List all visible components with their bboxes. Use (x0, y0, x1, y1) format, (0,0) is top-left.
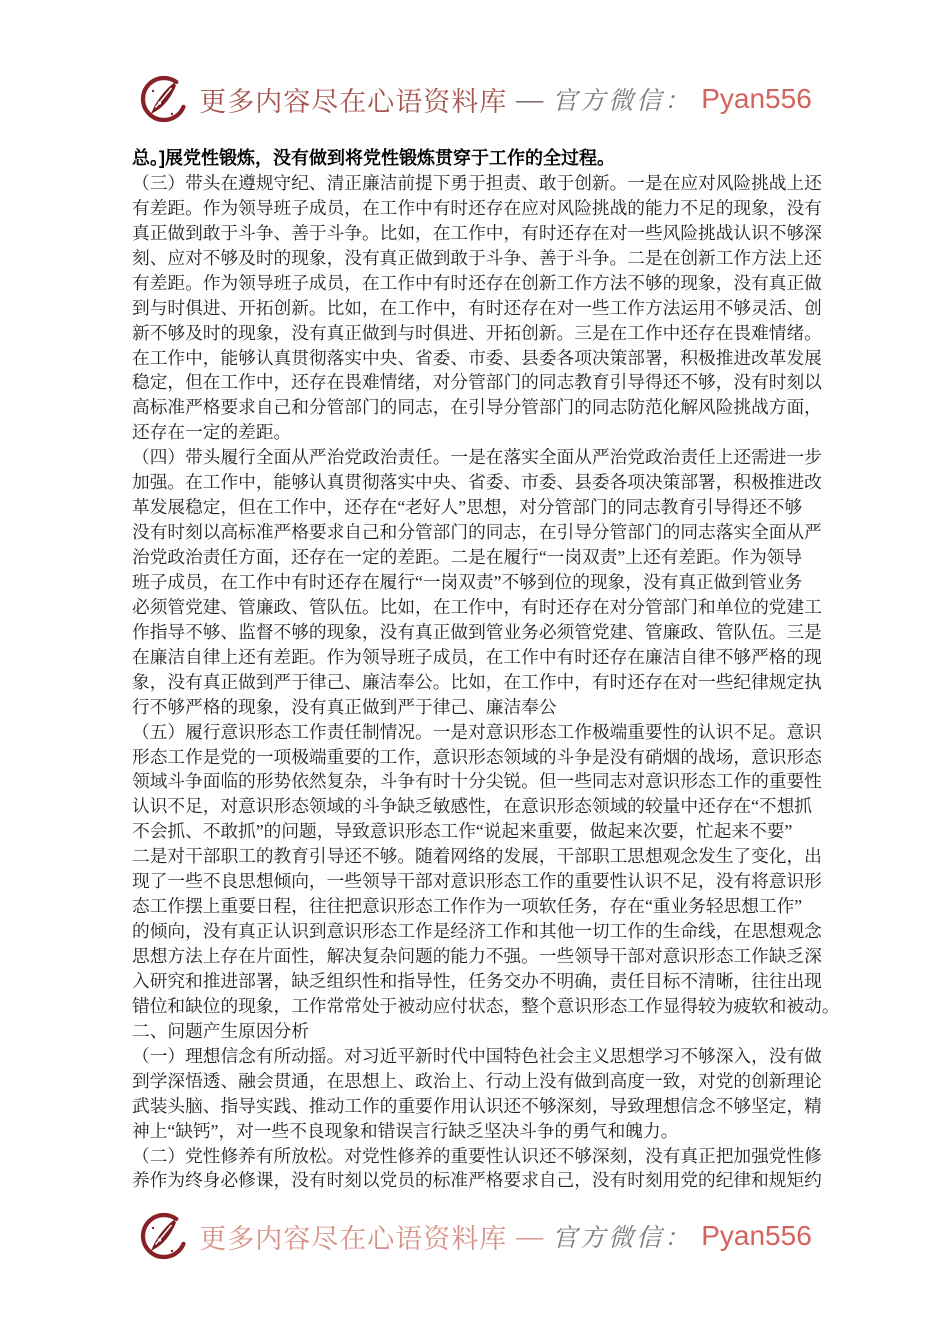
document-text-line: 武装头脑、指导实践、推动工作的重要作用认识还不够深刻，导致理想信念不够坚定，精 (132, 1094, 832, 1119)
document-text-line: 象，没有真正做到严于律己、廉洁奉公。比如，在工作中，有时还存在对一些纪律规定执 (132, 670, 832, 695)
document-text-line: 稳定，但在工作中，还存在畏难情绪，对分管部门的同志教育引导得还不够，没有时刻以 (132, 370, 832, 395)
document-text-line: 在廉洁自律上还有差距。作为领导班子成员，在工作中有时还存在廉洁自律不够严格的现 (132, 645, 832, 670)
document-text-line: 在工作中，能够认真贯彻落实中央、省委、市委、县委各项决策部署，积极推进改革发展 (132, 346, 832, 371)
document-text-line: 认识不足，对意识形态领域的斗争缺乏敏感性，在意识形态领域的较量中还存在“不想抓 (132, 794, 832, 819)
document-text-line: 二、问题产生原因分析 (132, 1019, 832, 1044)
watermark-wechat-label: 官方微信： (552, 81, 692, 117)
document-text-line: 养作为终身必修课，没有时刻以党员的标准严格要求自己，没有时刻用党的纪律和规矩约 (132, 1168, 832, 1193)
brand-pen-logo-icon (138, 73, 190, 125)
watermark-wechat-account: Pyan556 (701, 83, 812, 115)
document-text-line: （五）履行意识形态工作责任制情况。一是对意识形态工作极端重要性的认识不足。意识 (132, 720, 832, 745)
document-body: 总。]展党性锻炼，没有做到将党性锻炼贯穿于工作的全过程。（三）带头在遵规守纪、清… (132, 146, 832, 1193)
document-text-line: 错位和缺位的现象，工作常常处于被动应付状态，整个意识形态工作显得较为疲软和被动。 (132, 994, 832, 1019)
document-text-line: 到与时俱进、开拓创新。比如，在工作中，有时还存在对一些工作方法运用不够灵活、创 (132, 296, 832, 321)
document-text-line: 现了一些不良思想倾向，一些领导干部对意识形态工作的重要性认识不足，没有将意识形 (132, 869, 832, 894)
document-text-line: 有差距。作为领导班子成员，在工作中有时还存在创新工作方法不够的现象，没有真正做 (132, 271, 832, 296)
document-text-line: 领域斗争面临的形势依然复杂，斗争有时十分尖锐。但一些同志对意识形态工作的重要性 (132, 769, 832, 794)
watermark-wechat-label: 官方微信： (552, 1218, 692, 1254)
document-text-line: 作指导不够、监督不够的现象，没有真正做到管业务必须管党建、管廉政、管队伍。三是 (132, 620, 832, 645)
document-text-line: 治党政治责任方面，还存在一定的差距。二是在履行“一岗双责”上还有差距。作为领导 (132, 545, 832, 570)
document-text-line: 还存在一定的差距。 (132, 420, 832, 445)
document-page: 更多内容尽在心语资料库—官方微信：Pyan556 总。]展党性锻炼，没有做到将党… (0, 0, 950, 1344)
document-text-line: 真正做到敢于斗争、善于斗争。比如，在工作中，有时还存在对一些风险挑战认识不够深 (132, 221, 832, 246)
document-text-line: 不会抓、不敢抓”的问题，导致意识形态工作“说起来重要，做起来次要，忙起来不要” (132, 819, 832, 844)
document-text-line: 加强。在工作中，能够认真贯彻落实中央、省委、市委、县委各项决策部署，积极推进改 (132, 470, 832, 495)
document-text-line: 神上“缺钙”，对一些不良现象和错误言行缺乏坚决斗争的勇气和魄力。 (132, 1119, 832, 1144)
document-text-line: （二）党性修养有所放松。对党性修养的重要性认识还不够深刻，没有真正把加强党性修 (132, 1144, 832, 1169)
document-text-line: 必须管党建、管廉政、管队伍。比如，在工作中，有时还存在对分管部门和单位的党建工 (132, 595, 832, 620)
watermark-header: 更多内容尽在心语资料库—官方微信：Pyan556 (0, 73, 950, 125)
watermark-dash: — (516, 1221, 543, 1252)
document-text-line: （四）带头履行全面从严治党政治责任。一是在落实全面从严治党政治责任上还需进一步 (132, 445, 832, 470)
document-text-line: 形态工作是党的一项极端重要的工作，意识形态领域的斗争是没有硝烟的战场，意识形态 (132, 745, 832, 770)
document-text-line: 有差距。作为领导班子成员，在工作中有时还存在应对风险挑战的能力不足的现象，没有 (132, 196, 832, 221)
watermark-brand-text: 更多内容尽在心语资料库 (199, 80, 507, 119)
document-text-line: 思想方法上存在片面性，解决复杂问题的能力不强。一些领导干部对意识形态工作缺乏深 (132, 944, 832, 969)
document-text-line: 的倾向，没有真正认识到意识形态工作是经济工作和其他一切工作的生命线，在思想观念 (132, 919, 832, 944)
document-text-line: （三）带头在遵规守纪、清正廉洁前提下勇于担责、敢于创新。一是在应对风险挑战上还 (132, 171, 832, 196)
document-text-line: 高标准严格要求自己和分管部门的同志，在引导分管部门的同志防范化解风险挑战方面， (132, 395, 832, 420)
watermark-brand-text: 更多内容尽在心语资料库 (199, 1217, 507, 1256)
document-text-line: 班子成员，在工作中有时还存在履行“一岗双责”不够到位的现象，没有真正做到管业务 (132, 570, 832, 595)
document-text-line: 态工作摆上重要日程，往往把意识形态工作作为一项软任务，存在“重业务轻思想工作” (132, 894, 832, 919)
document-text-line: （一）理想信念有所动摇。对习近平新时代中国特色社会主义思想学习不够深入，没有做 (132, 1044, 832, 1069)
document-text-line: 到学深悟透、融会贯通，在思想上、政治上、行动上没有做到高度一致，对党的创新理论 (132, 1069, 832, 1094)
watermark-footer: 更多内容尽在心语资料库—官方微信：Pyan556 (0, 1210, 950, 1262)
document-text-line: 行不够严格的现象，没有真正做到严于律己、廉洁奉公 (132, 695, 832, 720)
document-text-line: 二是对干部职工的教育引导还不够。随着网络的发展，干部职工思想观念发生了变化，出 (132, 844, 832, 869)
document-text-line: 新不够及时的现象，没有真正做到与时俱进、开拓创新。三是在工作中还存在畏难情绪。 (132, 321, 832, 346)
document-text-line: 总。]展党性锻炼，没有做到将党性锻炼贯穿于工作的全过程。 (132, 146, 832, 171)
document-text-line: 入研究和推进部署，缺乏组织性和指导性，任务交办不明确，责任目标不清晰，往往出现 (132, 969, 832, 994)
document-text-line: 没有时刻以高标准严格要求自己和分管部门的同志，在引导分管部门的同志落实全面从严 (132, 520, 832, 545)
watermark-dash: — (516, 84, 543, 115)
brand-pen-logo-icon (138, 1210, 190, 1262)
document-text-line: 刻、应对不够及时的现象，没有真正做到敢于斗争、善于斗争。二是在创新工作方法上还 (132, 246, 832, 271)
watermark-wechat-account: Pyan556 (701, 1220, 812, 1252)
document-text-line: 革发展稳定，但在工作中，还存在“老好人”思想，对分管部门的同志教育引导得还不够 (132, 495, 832, 520)
